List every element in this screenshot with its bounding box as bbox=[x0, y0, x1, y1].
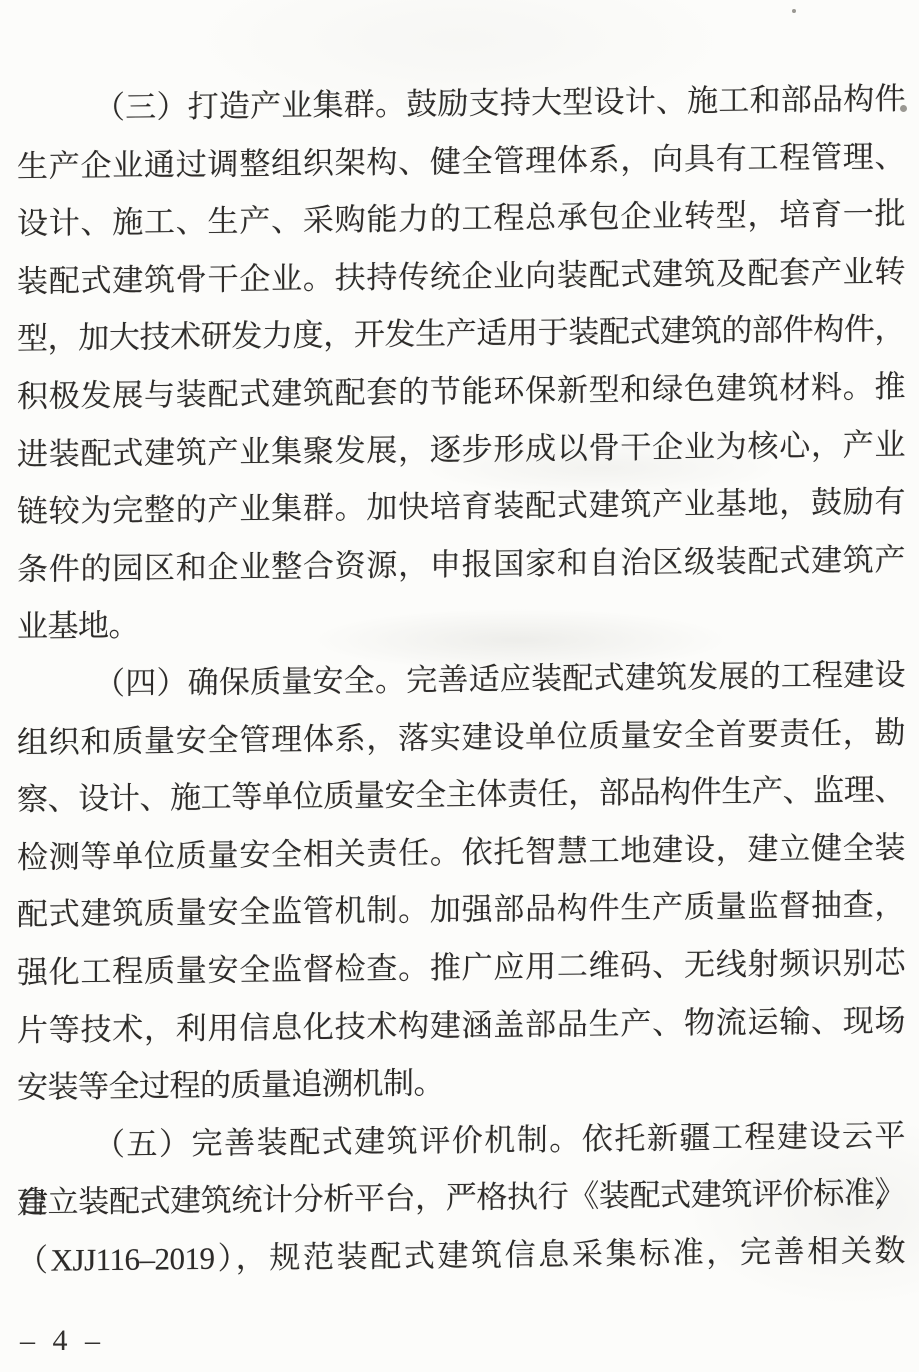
text-line: 生产企业通过调整组织架构、健全管理体系，向具有工程管理、 bbox=[17, 128, 905, 196]
text-line: 型，加大技术研发力度，开发生产适用于装配式建筑的部件构件， bbox=[17, 300, 905, 368]
text-line: （三）打造产业集群。鼓励支持大型设计、施工和部品构件 bbox=[17, 70, 905, 138]
text-line: 建立装配式建筑统计分析平台，严格执行《装配式建筑评价标准》 bbox=[17, 1164, 905, 1232]
text-line: 进装配式建筑产业集聚发展，逐步形成以骨干企业为核心，产业 bbox=[17, 415, 905, 483]
page-number: – 4 – bbox=[20, 1326, 105, 1356]
paragraph-build-industry-clusters: （三）打造产业集群。鼓励支持大型设计、施工和部品构件 生产企业通过调整组织架构、… bbox=[17, 70, 905, 656]
text-line: 装配式建筑骨干企业。扶持传统企业向装配式建筑及配套产业转 bbox=[17, 243, 905, 311]
text-line: 强化工程质量安全监督检查。推广应用二维码、无线射频识别芯 bbox=[17, 934, 905, 1002]
scan-speck bbox=[900, 105, 907, 112]
text-line: 设计、施工、生产、采购能力的工程总承包企业转型，培育一批 bbox=[17, 185, 905, 253]
text-line: 片等技术，利用信息化技术构建涵盖部品生产、物流运输、现场 bbox=[17, 991, 905, 1059]
paragraph-ensure-quality-safety: （四）确保质量安全。完善适应装配式建筑发展的工程建设 组织和质量安全管理体系，落… bbox=[17, 646, 905, 1117]
text-line: 检测等单位质量安全相关责任。依托智慧工地建设，建立健全装 bbox=[17, 819, 905, 887]
text-line: 安装等全过程的质量追溯机制。 bbox=[17, 1049, 905, 1117]
text-line: 链较为完整的产业集群。加快培育装配式建筑产业基地，鼓励有 bbox=[17, 473, 905, 541]
text-line: 察、设计、施工等单位质量安全主体责任，部品构件生产、监理、 bbox=[17, 761, 905, 829]
document-text: （三）打造产业集群。鼓励支持大型设计、施工和部品构件 生产企业通过调整组织架构、… bbox=[17, 70, 905, 1290]
text-line: （四）确保质量安全。完善适应装配式建筑发展的工程建设 bbox=[17, 646, 905, 714]
text-line: （五）完善装配式建筑评价机制。依托新疆工程建设云平台， bbox=[17, 1107, 905, 1175]
text-line: （XJJ116–2019），规范装配式建筑信息采集标准，完善相关数 bbox=[17, 1222, 905, 1290]
text-line: 积极发展与装配式建筑配套的节能环保新型和绿色建筑材料。推 bbox=[17, 358, 905, 426]
text-line: 组织和质量安全管理体系，落实建设单位质量安全首要责任，勘 bbox=[17, 703, 905, 771]
scan-speck bbox=[792, 9, 796, 13]
text-line: 业基地。 bbox=[17, 588, 905, 656]
text-line: 条件的园区和企业整合资源，申报国家和自治区级装配式建筑产 bbox=[17, 531, 905, 599]
text-line: 配式建筑质量安全监管机制。加强部品构件生产质量监督抽查， bbox=[17, 876, 905, 944]
paragraph-evaluation-mechanism: （五）完善装配式建筑评价机制。依托新疆工程建设云平台， 建立装配式建筑统计分析平… bbox=[17, 1107, 905, 1290]
